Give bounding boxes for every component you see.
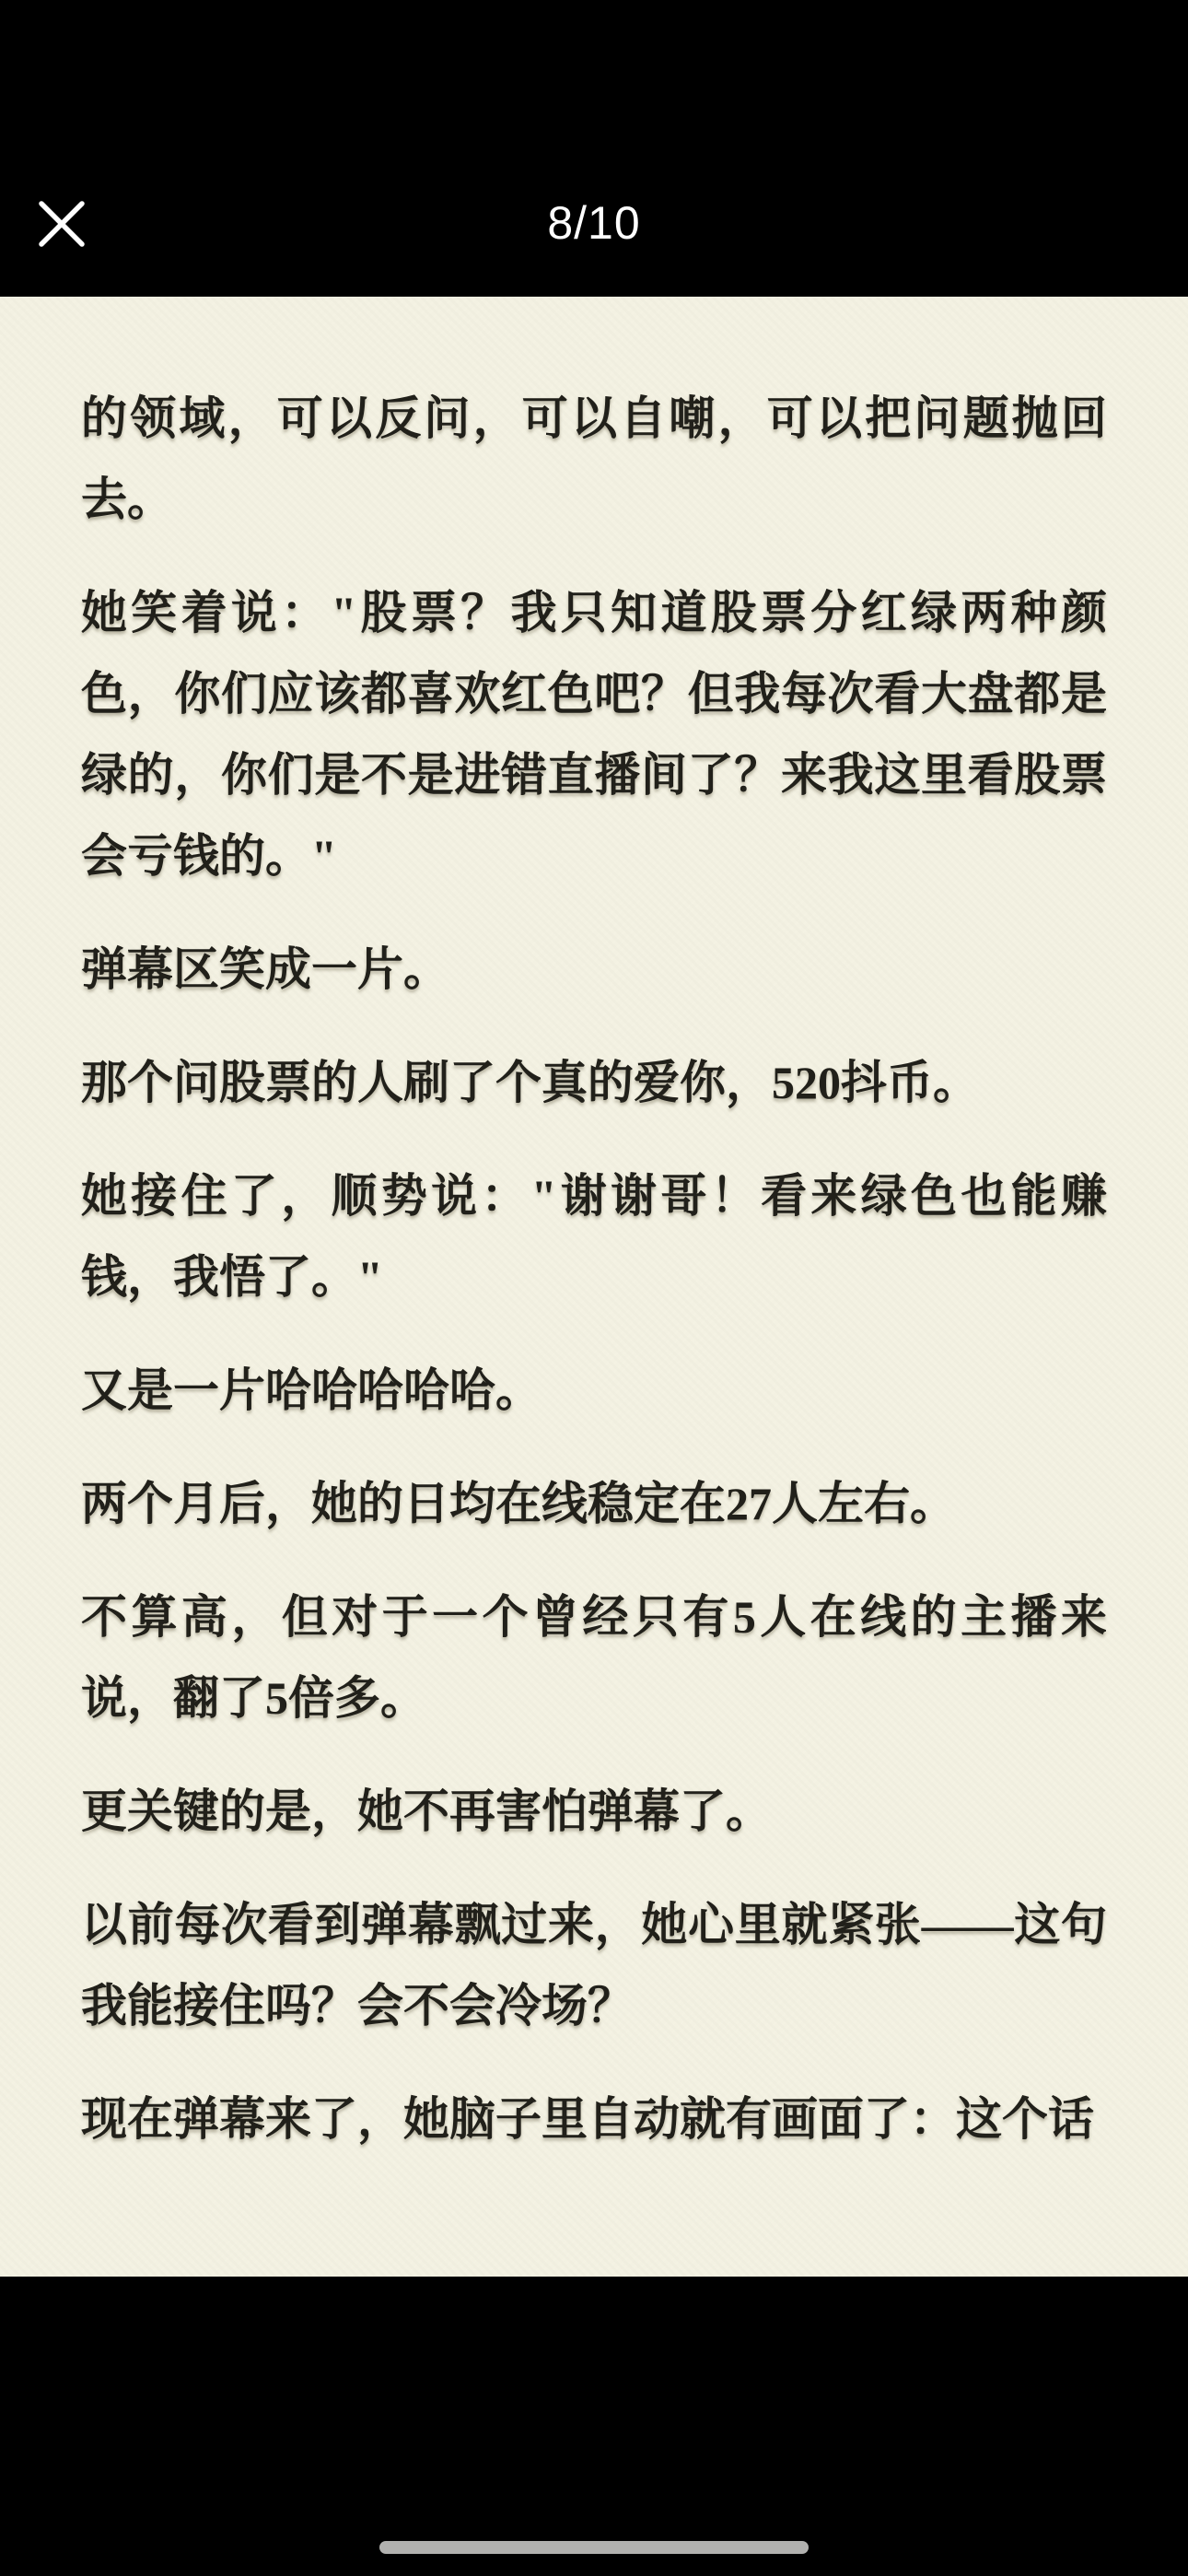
paragraph: 又是一片哈哈哈哈哈。 — [81, 1350, 1107, 1431]
top-bar: 8/10 — [0, 0, 1188, 297]
reader-screen: 8/10 的领域，可以反问，可以自嘲，可以把问题抛回去。 她笑着说："股票？我只… — [0, 0, 1188, 2576]
paragraph: 那个问股票的人刷了个真的爱你，520抖币。 — [81, 1042, 1107, 1123]
paragraph: 不算高，但对于一个曾经只有5人在线的主播来说，翻了5倍多。 — [81, 1576, 1107, 1739]
paragraph: 的领域，可以反问，可以自嘲，可以把问题抛回去。 — [81, 378, 1107, 540]
paragraph: 她接住了，顺势说："谢谢哥！看来绿色也能赚钱，我悟了。" — [81, 1155, 1107, 1317]
paragraph: 更关键的是，她不再害怕弹幕了。 — [81, 1771, 1107, 1852]
page-indicator: 8/10 — [0, 195, 1188, 251]
paragraph: 以前每次看到弹幕飘过来，她心里就紧张——这句我能接住吗？会不会冷场？ — [81, 1884, 1107, 2046]
paragraph: 两个月后，她的日均在线稳定在27人左右。 — [81, 1463, 1107, 1544]
paragraph: 现在弹幕来了，她脑子里自动就有画面了：这个话 — [81, 2078, 1107, 2160]
paragraph: 她笑着说："股票？我只知道股票分红绿两种颜色，你们应该都喜欢红色吧？但我每次看大… — [81, 572, 1107, 896]
home-indicator[interactable] — [379, 2541, 809, 2554]
paragraph: 弹幕区笑成一片。 — [81, 929, 1107, 1010]
reader-page[interactable]: 的领域，可以反问，可以自嘲，可以把问题抛回去。 她笑着说："股票？我只知道股票分… — [0, 297, 1188, 2277]
